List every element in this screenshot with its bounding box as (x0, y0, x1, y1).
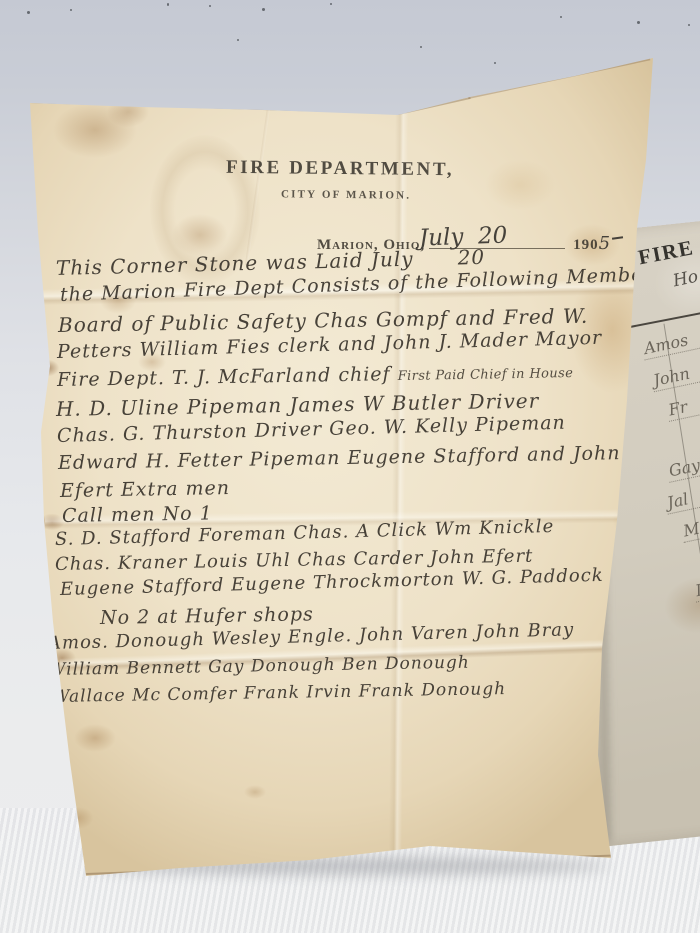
handwritten-line: Efert Extra men (60, 477, 230, 502)
letterhead-title: FIRE DEPARTMENT, (226, 157, 454, 181)
background-speck (167, 3, 169, 6)
background-speck (688, 24, 690, 26)
second-sheet-heading: Ho (671, 267, 700, 292)
dateline-year-handwritten: 5 (599, 233, 610, 254)
handwritten-text: Fire Dept. T. J. McFarland chief (57, 363, 398, 391)
fold-crease-vertical (389, 100, 409, 870)
letter-sheet: FIRE DEPARTMENT, CITY OF MARION. Marion,… (0, 0, 700, 933)
second-sheet-name: Jal (663, 484, 700, 515)
background-speck (70, 9, 72, 11)
second-sheet-title-text: FIRE (636, 235, 696, 269)
handwritten-line: Wallace Mc Comfer Frank Irvin Frank Dono… (52, 679, 506, 707)
background-speck (560, 16, 562, 18)
second-sheet-name: John (650, 358, 700, 392)
second-sheet-name: L (692, 574, 700, 603)
background-speck (27, 11, 30, 14)
background-speck (637, 21, 640, 24)
background-speck (209, 5, 211, 7)
dateline-flourish (612, 237, 623, 240)
handwritten-line: Edward H. Fetter Pipeman Eugene Stafford… (58, 442, 621, 474)
second-sheet-name: M (680, 513, 700, 543)
handwritten-line: Call men No 1 (62, 502, 213, 527)
handwritten-line: William Bennett Gay Donough Ben Donough (48, 653, 470, 680)
background-speck (420, 46, 422, 48)
background-speck (494, 62, 496, 64)
paper-edge (398, 97, 471, 115)
letterhead-subtitle: CITY OF MARION. (281, 188, 411, 201)
handwritten-note: First Paid Chief in House (398, 366, 574, 384)
paper-edge (468, 58, 650, 99)
background-speck (330, 3, 332, 5)
handwritten-line: No 2 at Hufer shops (100, 603, 314, 629)
dateline-year-printed: 190 (573, 237, 599, 253)
second-sheet-name: Amos (640, 325, 700, 361)
second-sheet-name: Fr (665, 392, 700, 422)
background-speck (262, 8, 265, 11)
photo-of-letter: ♣FIRE Ho Amos John Fr Gay Jal M L FIRE D… (0, 0, 700, 933)
background-speck (237, 39, 239, 41)
second-sheet-name: Gay (665, 450, 700, 483)
handwritten-line: Fire Dept. T. J. McFarland chief First P… (57, 360, 574, 391)
paper-edge (28, 101, 400, 114)
